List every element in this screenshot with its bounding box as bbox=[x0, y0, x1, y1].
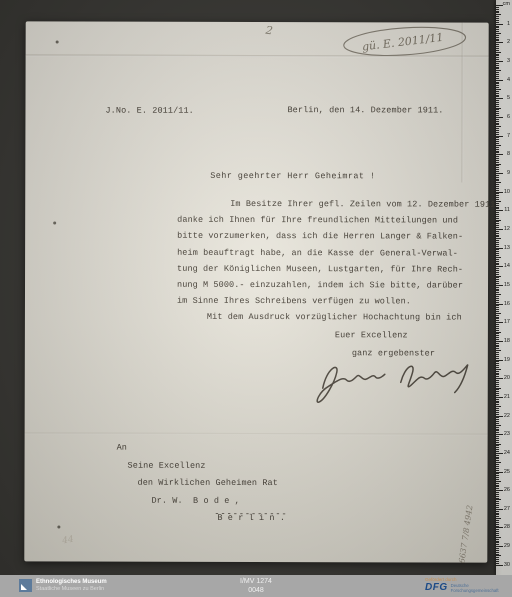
ruler-tick bbox=[496, 391, 499, 392]
ruler-tick bbox=[496, 236, 499, 237]
ruler-tick bbox=[496, 369, 501, 370]
recipient-line: An bbox=[117, 440, 286, 458]
ruler-tick bbox=[496, 40, 499, 41]
ruler-tick bbox=[496, 12, 499, 13]
ruler-tick bbox=[496, 268, 499, 269]
ruler-number: 28 bbox=[504, 524, 510, 530]
letter-body-line: heim beauftragt habe, an die Kasse der G… bbox=[177, 244, 477, 261]
ruler-tick bbox=[496, 223, 499, 224]
ruler-tick bbox=[496, 145, 501, 146]
ruler-tick bbox=[496, 16, 499, 17]
ruler-tick bbox=[496, 289, 499, 290]
ruler-tick bbox=[496, 393, 499, 394]
ruler-tick bbox=[496, 373, 499, 374]
recipient-underline: ------------ bbox=[214, 509, 287, 519]
ruler-tick bbox=[496, 240, 499, 241]
ruler-number: 1 bbox=[507, 21, 510, 27]
ruler-tick bbox=[496, 365, 499, 366]
ruler-tick bbox=[496, 498, 499, 499]
ruler-tick bbox=[496, 414, 499, 415]
ruler-tick bbox=[496, 50, 499, 51]
ruler-tick bbox=[496, 298, 499, 299]
ruler-number: 14 bbox=[504, 263, 510, 269]
ruler-tick bbox=[496, 134, 499, 135]
ruler-tick bbox=[496, 156, 499, 157]
ruler-tick bbox=[496, 374, 499, 375]
ruler-tick bbox=[496, 154, 503, 155]
ruler-tick bbox=[496, 72, 499, 73]
punch-hole bbox=[57, 525, 60, 528]
ruler-tick bbox=[496, 442, 499, 443]
ruler-tick bbox=[496, 341, 503, 342]
ruler-number: 11 bbox=[504, 207, 510, 213]
ruler-tick bbox=[496, 128, 499, 129]
ruler-tick bbox=[496, 429, 499, 430]
fold-crease-bottom bbox=[25, 432, 488, 435]
letter-body-line: im Sinne Ihres Schreibens verfügen zu wo… bbox=[177, 293, 477, 310]
ruler-tick bbox=[496, 184, 499, 185]
ruler-tick bbox=[496, 555, 501, 556]
ruler-tick bbox=[496, 113, 499, 114]
ruler-tick bbox=[496, 261, 499, 262]
ruler-tick bbox=[496, 399, 499, 400]
ruler-tick bbox=[496, 35, 499, 36]
ruler-tick bbox=[496, 68, 499, 69]
ruler-number: 5 bbox=[507, 95, 510, 101]
letter-body-line: tung der Königlichen Museen, Lustgarten,… bbox=[177, 261, 477, 278]
ruler-tick bbox=[496, 328, 499, 329]
ruler-tick bbox=[496, 208, 499, 209]
ruler-tick bbox=[496, 151, 499, 152]
ruler-tick bbox=[496, 513, 499, 514]
pencil-page-number: 2 bbox=[265, 24, 274, 38]
ruler-tick bbox=[496, 462, 501, 463]
ruler-tick bbox=[496, 190, 499, 191]
ruler-tick bbox=[496, 76, 499, 77]
ruler-tick bbox=[496, 22, 499, 23]
ruler-tick bbox=[496, 565, 503, 566]
ruler-tick bbox=[496, 18, 499, 19]
ruler-tick bbox=[496, 404, 499, 405]
ruler-tick bbox=[496, 124, 499, 125]
ruler-tick bbox=[496, 449, 499, 450]
ruler-tick bbox=[496, 440, 499, 441]
ruler-tick bbox=[496, 412, 499, 413]
ruler-tick bbox=[496, 182, 501, 183]
ruler-tick bbox=[496, 307, 499, 308]
ruler-tick bbox=[496, 152, 499, 153]
ruler-tick bbox=[496, 235, 499, 236]
ruler-tick bbox=[496, 302, 499, 303]
ruler-tick bbox=[496, 14, 501, 15]
ruler-tick bbox=[496, 65, 499, 66]
ruler-tick bbox=[496, 350, 501, 351]
ruler-tick bbox=[496, 401, 499, 402]
ruler-tick bbox=[496, 281, 499, 282]
punch-hole bbox=[56, 40, 59, 43]
ruler-tick bbox=[496, 447, 499, 448]
ruler-tick bbox=[496, 108, 501, 109]
ruler-tick bbox=[496, 444, 501, 445]
ruler-tick bbox=[496, 483, 499, 484]
ruler-tick bbox=[496, 486, 499, 487]
ruler-tick bbox=[496, 259, 499, 260]
ruler-tick bbox=[496, 432, 499, 433]
ruler-tick bbox=[496, 472, 503, 473]
ruler-tick bbox=[496, 195, 499, 196]
ruler-number: 2 bbox=[507, 39, 510, 45]
ruler-tick bbox=[496, 253, 499, 254]
ruler-tick bbox=[496, 427, 499, 428]
ruler-tick bbox=[496, 246, 499, 247]
ruler-tick bbox=[496, 111, 499, 112]
ruler-tick bbox=[496, 346, 499, 347]
ruler-tick bbox=[496, 371, 499, 372]
ruler-tick bbox=[496, 143, 499, 144]
ruler-tick bbox=[496, 421, 499, 422]
ruler-tick bbox=[496, 162, 499, 163]
ruler-tick bbox=[496, 67, 499, 68]
ruler-number: 24 bbox=[504, 450, 510, 456]
ruler-tick bbox=[496, 335, 499, 336]
ruler-tick bbox=[496, 31, 499, 32]
ruler-tick bbox=[496, 149, 499, 150]
ruler-tick bbox=[496, 339, 499, 340]
ruler-tick bbox=[496, 395, 499, 396]
ruler-tick bbox=[496, 311, 499, 312]
scan-viewport: 2 gü. E. 2011/11 J.No. E. 2011/11. Berli… bbox=[0, 0, 512, 597]
ruler-tick bbox=[496, 332, 501, 333]
ruler-tick bbox=[496, 197, 499, 198]
ruler-tick bbox=[496, 326, 499, 327]
ruler-tick bbox=[496, 5, 503, 6]
ruler-tick bbox=[496, 475, 499, 476]
ruler-tick bbox=[496, 313, 501, 314]
ruler-tick bbox=[496, 169, 499, 170]
ruler-tick bbox=[496, 227, 499, 228]
ruler-tick bbox=[496, 554, 499, 555]
ruler-tick bbox=[496, 296, 499, 297]
ruler-tick bbox=[496, 175, 499, 176]
ruler-tick bbox=[496, 78, 499, 79]
ruler-tick bbox=[496, 479, 499, 480]
ruler-number: 6 bbox=[507, 114, 510, 120]
ruler-tick bbox=[496, 106, 499, 107]
ruler-tick bbox=[496, 270, 499, 271]
ruler-tick bbox=[496, 485, 499, 486]
ruler-tick bbox=[496, 285, 503, 286]
dfg-name-line2: Forschungsgemeinschaft bbox=[451, 588, 499, 593]
ruler-tick bbox=[496, 503, 499, 504]
ruler-tick bbox=[496, 544, 499, 545]
ruler-tick bbox=[496, 221, 499, 222]
ruler-tick bbox=[496, 199, 499, 200]
ruler-tick bbox=[496, 309, 499, 310]
ruler-tick bbox=[496, 563, 499, 564]
ruler-tick bbox=[496, 290, 499, 291]
ruler-tick bbox=[496, 89, 501, 90]
ruler-number: 7 bbox=[507, 133, 510, 139]
ruler-tick bbox=[496, 55, 499, 56]
ruler-tick bbox=[496, 380, 499, 381]
ruler-tick bbox=[496, 96, 499, 97]
ruler-tick bbox=[496, 130, 499, 131]
ruler-tick bbox=[496, 410, 499, 411]
ruler-number: 17 bbox=[504, 319, 510, 325]
ruler-tick bbox=[496, 455, 499, 456]
ruler-tick bbox=[496, 158, 499, 159]
ruler-tick bbox=[496, 59, 499, 60]
ruler-tick bbox=[496, 496, 499, 497]
ruler-tick bbox=[496, 29, 499, 30]
pencil-corner-note: 44 bbox=[62, 535, 75, 547]
ruler-tick bbox=[496, 423, 499, 424]
ruler-tick bbox=[496, 330, 499, 331]
ruler-tick bbox=[496, 63, 499, 64]
ruler-tick bbox=[496, 26, 499, 27]
ruler-tick bbox=[496, 95, 499, 96]
ruler-number: 20 bbox=[504, 375, 510, 381]
ruler-tick bbox=[496, 37, 499, 38]
ruler-tick bbox=[496, 218, 499, 219]
ruler-number: 9 bbox=[507, 170, 510, 176]
ruler-tick bbox=[496, 473, 499, 474]
ruler-tick bbox=[496, 20, 499, 21]
ruler-number: 16 bbox=[504, 301, 510, 307]
ruler-tick bbox=[496, 559, 499, 560]
ruler-tick bbox=[496, 315, 499, 316]
ruler-tick bbox=[496, 277, 499, 278]
ruler-tick bbox=[496, 417, 499, 418]
ruler-tick bbox=[496, 546, 503, 547]
ruler-tick bbox=[496, 48, 499, 49]
ruler-tick bbox=[496, 212, 499, 213]
ruler-tick bbox=[496, 292, 499, 293]
ruler-tick bbox=[496, 419, 499, 420]
ruler-tick bbox=[496, 164, 501, 165]
recipient-line: den Wirklichen Geheimen Rat bbox=[116, 475, 285, 493]
ruler-tick bbox=[496, 188, 499, 189]
ruler-tick bbox=[496, 201, 501, 202]
ruler-tick bbox=[496, 87, 499, 88]
ruler-tick bbox=[496, 123, 499, 124]
ruler-tick bbox=[496, 537, 501, 538]
ruler-tick bbox=[496, 531, 499, 532]
ruler-tick bbox=[496, 317, 499, 318]
ruler-tick bbox=[496, 171, 499, 172]
ruler-tick bbox=[496, 376, 499, 377]
ruler-tick bbox=[496, 207, 499, 208]
ruler-tick bbox=[496, 305, 499, 306]
ruler-number: 23 bbox=[504, 431, 510, 437]
ruler-tick bbox=[496, 119, 499, 120]
ruler-tick bbox=[496, 451, 499, 452]
ruler-tick bbox=[496, 343, 499, 344]
ruler-tick bbox=[496, 44, 499, 45]
ruler-tick bbox=[496, 360, 503, 361]
registry-oval-text: gü. E. 2011/11 bbox=[361, 31, 444, 54]
ruler-tick bbox=[496, 337, 499, 338]
ruler-tick bbox=[496, 488, 499, 489]
ruler-tick bbox=[496, 255, 499, 256]
ruler-number: 15 bbox=[504, 282, 510, 288]
ruler-tick bbox=[496, 93, 499, 94]
registry-oval-stamp: gü. E. 2011/11 bbox=[339, 18, 471, 65]
ruler-tick bbox=[496, 98, 503, 99]
ruler-tick bbox=[496, 408, 499, 409]
ruler-tick bbox=[496, 24, 503, 25]
ruler-tick bbox=[496, 304, 503, 305]
ruler-tick bbox=[496, 52, 501, 53]
letter-body-line: nung M 5000.- einzuzahlen, indem ich Sie… bbox=[177, 277, 477, 294]
ruler-tick bbox=[496, 167, 499, 168]
ruler-tick bbox=[496, 264, 499, 265]
letter-page: 2 gü. E. 2011/11 J.No. E. 2011/11. Berli… bbox=[24, 21, 488, 562]
ruler-tick bbox=[496, 46, 499, 47]
recipient-line: Dr. W. B o d e , bbox=[116, 492, 285, 510]
letter-body-line: Im Besitze Ihrer gefl. Zeilen vom 12. De… bbox=[177, 196, 477, 213]
ruler-tick bbox=[496, 460, 499, 461]
ruler-tick bbox=[496, 117, 503, 118]
ruler-tick bbox=[496, 425, 501, 426]
ruler-number: 12 bbox=[504, 226, 510, 232]
ruler-tick bbox=[496, 147, 499, 148]
ruler-tick bbox=[496, 406, 501, 407]
ruler-tick bbox=[496, 468, 499, 469]
ruler-tick bbox=[496, 300, 499, 301]
ruler-tick bbox=[496, 322, 503, 323]
ruler-tick bbox=[496, 550, 499, 551]
ruler-tick bbox=[496, 324, 499, 325]
pencil-inventory-note: 6637 7/8 4942 bbox=[457, 504, 474, 563]
letter-body: Im Besitze Ihrer gefl. Zeilen vom 12. De… bbox=[177, 196, 477, 326]
ruler-tick bbox=[496, 139, 499, 140]
ruler-tick bbox=[496, 354, 499, 355]
ruler-tick bbox=[496, 499, 501, 500]
ruler-tick bbox=[496, 229, 503, 230]
ruler-number: 19 bbox=[504, 357, 510, 363]
ruler-tick bbox=[496, 74, 499, 75]
ruler-tick bbox=[496, 481, 501, 482]
ruler-tick bbox=[496, 529, 499, 530]
ruler-tick bbox=[496, 533, 499, 534]
ruler-tick bbox=[496, 436, 499, 437]
ruler-tick bbox=[496, 251, 499, 252]
ruler-unit-label: cm bbox=[503, 1, 510, 7]
ruler-tick bbox=[496, 501, 499, 502]
ruler-tick bbox=[496, 453, 503, 454]
ruler-tick bbox=[496, 39, 499, 40]
ruler-tick bbox=[496, 126, 501, 127]
ruler-tick bbox=[496, 266, 503, 267]
ruler-tick bbox=[496, 492, 499, 493]
ruler-tick bbox=[496, 85, 499, 86]
ruler-tick bbox=[496, 9, 499, 10]
ruler-tick bbox=[496, 318, 499, 319]
ruler-tick bbox=[496, 279, 499, 280]
ruler-tick bbox=[496, 509, 503, 510]
ruler-tick bbox=[496, 466, 499, 467]
ruler-tick bbox=[496, 522, 499, 523]
ruler-tick bbox=[496, 109, 499, 110]
ruler-tick bbox=[496, 464, 499, 465]
ruler-tick bbox=[496, 165, 499, 166]
ruler-tick bbox=[496, 402, 499, 403]
ruler-tick bbox=[496, 494, 499, 495]
ruler-number: 8 bbox=[507, 151, 510, 157]
ruler-tick bbox=[496, 348, 499, 349]
ruler-tick bbox=[496, 257, 501, 258]
ruler-tick bbox=[496, 416, 503, 417]
ruler-tick bbox=[496, 274, 499, 275]
ruler-tick bbox=[496, 541, 499, 542]
dateline: Berlin, den 14. Dezember 1911. bbox=[287, 105, 443, 115]
ruler-tick bbox=[496, 216, 499, 217]
ruler-tick bbox=[496, 80, 503, 81]
ruler-tick bbox=[496, 83, 499, 84]
ruler-tick bbox=[496, 272, 499, 273]
ruler-tick bbox=[496, 386, 499, 387]
ruler-tick bbox=[496, 457, 499, 458]
ruler-number: 22 bbox=[504, 413, 510, 419]
ruler-number: 26 bbox=[504, 487, 510, 493]
ruler-tick bbox=[496, 434, 503, 435]
letter-body-line: danke ich Ihnen für Ihre freundlichen Mi… bbox=[177, 212, 477, 229]
ruler-number: 4 bbox=[507, 77, 510, 83]
ruler-tick bbox=[496, 384, 499, 385]
ruler-tick bbox=[496, 542, 499, 543]
ruler-tick bbox=[496, 382, 499, 383]
archive-footer-bar: Ethnologisches Museum Staatliche Museen … bbox=[0, 575, 512, 597]
ruler-tick bbox=[496, 177, 499, 178]
ruler-tick bbox=[496, 7, 499, 8]
ruler-tick bbox=[496, 527, 503, 528]
ruler-tick bbox=[496, 363, 499, 364]
ruler-tick bbox=[496, 490, 503, 491]
ruler-tick bbox=[496, 132, 499, 133]
ruler-tick bbox=[496, 42, 503, 43]
ruler-tick bbox=[496, 205, 499, 206]
ruler-cm: cm12345678910111213141516171819202122232… bbox=[496, 0, 512, 575]
ruler-tick bbox=[496, 102, 499, 103]
ruler-tick bbox=[496, 477, 499, 478]
ruler-tick bbox=[496, 54, 499, 55]
ruler-tick bbox=[496, 210, 503, 211]
ruler-tick bbox=[496, 356, 499, 357]
ruler-tick bbox=[496, 100, 499, 101]
ruler-number: 25 bbox=[504, 469, 510, 475]
ruler-tick bbox=[496, 518, 501, 519]
ruler-tick bbox=[496, 552, 499, 553]
ruler-tick bbox=[496, 507, 499, 508]
ruler-tick bbox=[496, 193, 499, 194]
ruler-number: 3 bbox=[507, 58, 510, 64]
ruler-tick bbox=[496, 520, 499, 521]
ruler-tick bbox=[496, 333, 499, 334]
ruler-tick bbox=[496, 294, 501, 295]
ruler-tick bbox=[496, 57, 499, 58]
ruler-tick bbox=[496, 389, 499, 390]
letter-body-line: bitte vorzumerken, dass ich die Herren L… bbox=[177, 228, 477, 245]
ruler-tick bbox=[496, 283, 499, 284]
ruler-tick bbox=[496, 516, 499, 517]
ruler-tick bbox=[496, 242, 499, 243]
ruler-tick bbox=[496, 524, 499, 525]
dfg-branding: Gefördert durch DFG Deutsche Forschungsg… bbox=[425, 577, 505, 593]
ruler-tick bbox=[496, 225, 499, 226]
salutation: Sehr geehrter Herr Geheimrat ! bbox=[210, 171, 375, 181]
journal-number: J.No. E. 2011/11. bbox=[105, 106, 193, 116]
